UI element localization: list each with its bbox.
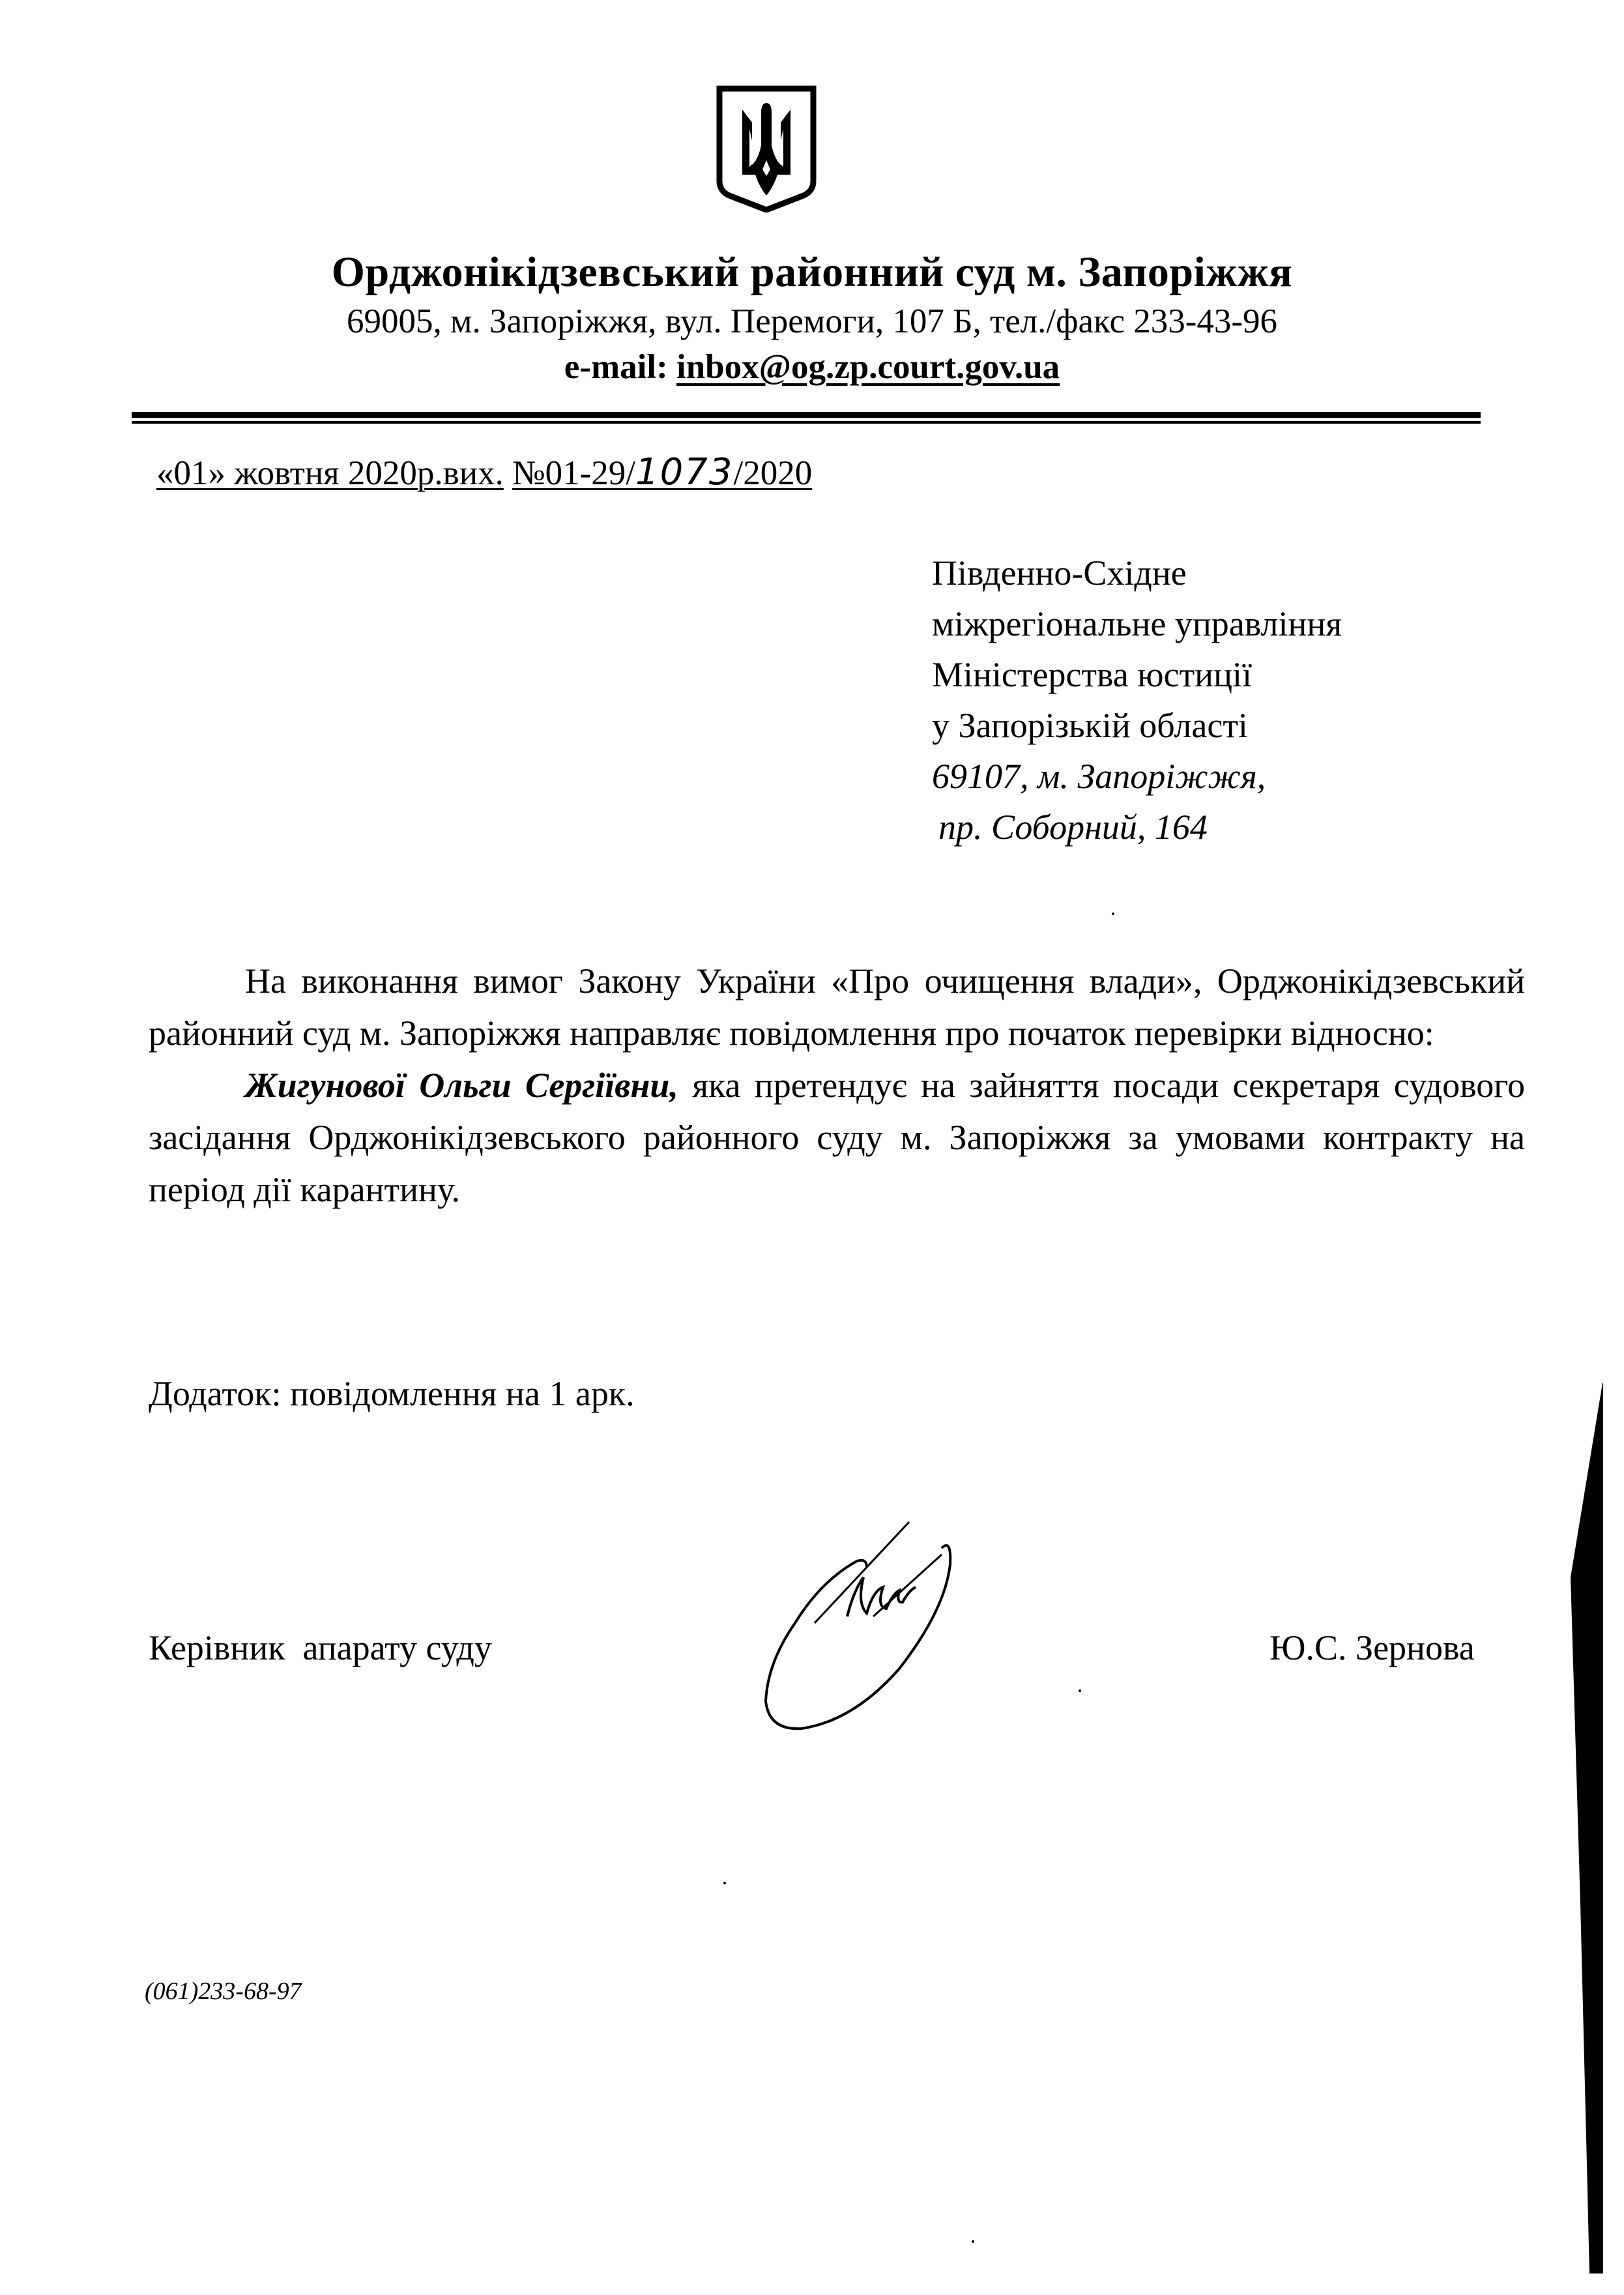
coat-of-arms-icon bbox=[716, 83, 817, 212]
attachment-note: Додаток: повідомлення на 1 арк. bbox=[149, 1367, 635, 1420]
letterhead-divider-thick bbox=[132, 412, 1481, 418]
recipient-line: Міністерства юстиції bbox=[932, 649, 1342, 700]
scan-edge-shadow bbox=[1558, 1382, 1624, 2295]
court-address: 69005, м. Запоріжжя, вул. Перемоги, 107 … bbox=[0, 300, 1624, 343]
email-label: e-mail: bbox=[564, 348, 676, 386]
recipient-address-line: 69107, м. Запоріжжя, bbox=[932, 751, 1342, 802]
handwritten-signature-icon bbox=[743, 1519, 964, 1734]
recipient-address-line: пр. Соборний, 164 bbox=[932, 802, 1342, 853]
email-link[interactable]: inbox@og.zp.court.gov.ua bbox=[676, 348, 1060, 386]
recipient-block: Південно-Східне міжрегіональне управлінн… bbox=[932, 548, 1342, 853]
court-email-line: e-mail: inbox@og.zp.court.gov.ua bbox=[0, 345, 1624, 388]
court-name-heading: Орджонікідзевський районний суд м. Запор… bbox=[0, 246, 1624, 299]
letter-date: «01» жовтня 2020р.вих. bbox=[156, 454, 504, 492]
letterhead-divider-thin bbox=[132, 421, 1481, 424]
person-name: Жигунової Ольги Сергіївни, bbox=[245, 1066, 678, 1105]
handwritten-number: 1073 bbox=[635, 451, 734, 493]
scan-speck bbox=[1112, 913, 1114, 915]
letter-body: На виконання вимог Закону України «Про о… bbox=[149, 955, 1525, 1216]
body-paragraph-1: На виконання вимог Закону України «Про о… bbox=[149, 955, 1525, 1059]
scan-speck bbox=[723, 1882, 726, 1884]
recipient-line: міжрегіональне управління bbox=[932, 598, 1342, 649]
body-paragraph-2: Жигунової Ольги Сергіївни, яка претендує… bbox=[149, 1059, 1525, 1216]
scan-speck bbox=[972, 2240, 974, 2243]
recipient-line: у Запорізькій області bbox=[932, 700, 1342, 751]
contact-phone: (061)233-68-97 bbox=[145, 1975, 302, 2008]
reference-line: «01» жовтня 2020р.вих. №01-29/1073/2020 bbox=[156, 450, 812, 496]
scan-speck bbox=[1079, 1689, 1081, 1692]
signatory-position: Керівник апарату суду bbox=[149, 1622, 492, 1674]
outgoing-number: №01-29/1073/2020 bbox=[512, 454, 812, 492]
recipient-line: Південно-Східне bbox=[932, 548, 1342, 598]
signatory-name: Ю.С. Зернова bbox=[1269, 1622, 1475, 1674]
